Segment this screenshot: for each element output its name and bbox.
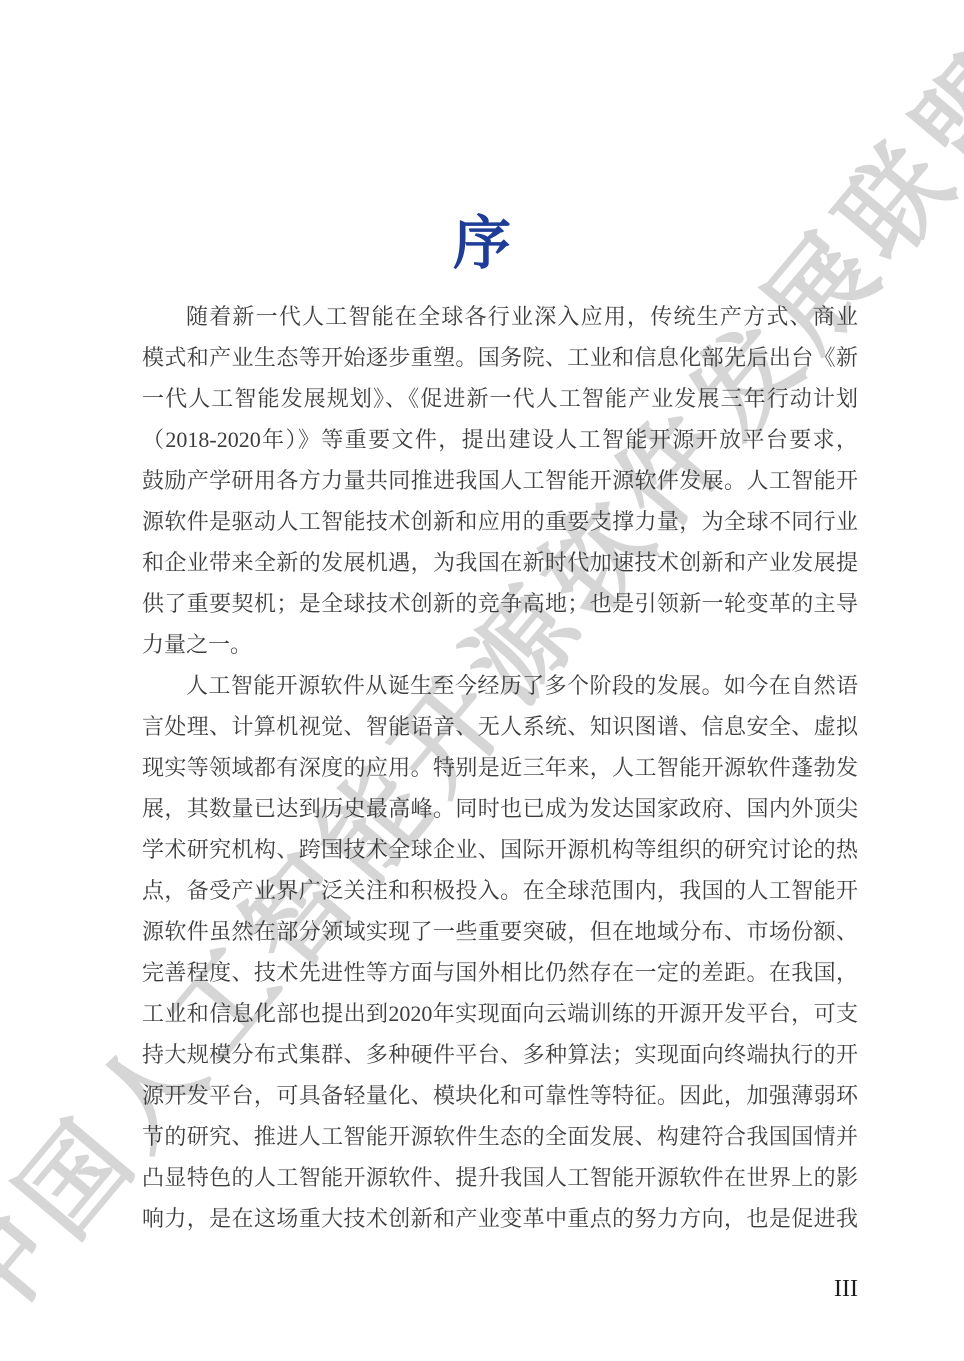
text-line: 响力，是在这场重大技术创新和产业变革中重点的努力方向，也是促进我 [142, 1198, 858, 1239]
text-line: 工业和信息化部也提出到2020年实现面向云端训练的开源开发平台，可支 [142, 993, 858, 1034]
page-number: III [834, 1276, 858, 1303]
text-line: 点，备受产业界广泛关注和积极投入。在全球范围内，我国的人工智能开 [142, 870, 858, 911]
text-line: 人工智能开源软件从诞生至今经历了多个阶段的发展。如今在自然语 [142, 665, 858, 706]
text-line: 展，其数量已达到历史最高峰。同时也已成为发达国家政府、国内外顶尖 [142, 788, 858, 829]
text-line: 凸显特色的人工智能开源软件、提升我国人工智能开源软件在世界上的影 [142, 1157, 858, 1198]
text-line: 一代人工智能发展规划》、《促进新一代人工智能产业发展三年行动计划 [142, 378, 858, 419]
text-line: 学术研究机构、跨国技术全球企业、国际开源机构等组织的研究讨论的热 [142, 829, 858, 870]
text-line: 源开发平台，可具备轻量化、模块化和可靠性等特征。因此，加强薄弱环 [142, 1075, 858, 1116]
text-line: （2018-2020年）》等重要文件，提出建设人工智能开源开放平台要求， [142, 419, 858, 460]
document-page: 中国人工智能开源软件发展联盟 序 随着新一代人工智能在全球各行业深入应用，传统生… [0, 0, 964, 1361]
text-line: 力量之一。 [142, 624, 858, 665]
text-line: 言处理、计算机视觉、智能语音、无人系统、知识图谱、信息安全、虚拟 [142, 706, 858, 747]
text-line: 随着新一代人工智能在全球各行业深入应用，传统生产方式、商业 [142, 296, 858, 337]
text-line: 源软件虽然在部分领域实现了一些重要突破，但在地域分布、市场份额、 [142, 911, 858, 952]
text-line: 节的研究、推进人工智能开源软件生态的全面发展、构建符合我国国情并 [142, 1116, 858, 1157]
text-line: 现实等领域都有深度的应用。特别是近三年来，人工智能开源软件蓬勃发 [142, 747, 858, 788]
text-line: 和企业带来全新的发展机遇，为我国在新时代加速技术创新和产业发展提 [142, 542, 858, 583]
text-line: 模式和产业生态等开始逐步重塑。国务院、工业和信息化部先后出台《新 [142, 337, 858, 378]
text-line: 持大规模分布式集群、多种硬件平台、多种算法；实现面向终端执行的开 [142, 1034, 858, 1075]
text-line: 鼓励产学研用各方力量共同推进我国人工智能开源软件发展。人工智能开 [142, 460, 858, 501]
body-text: 随着新一代人工智能在全球各行业深入应用，传统生产方式、商业模式和产业生态等开始逐… [142, 296, 858, 1239]
text-line: 供了重要契机；是全球技术创新的竞争高地；也是引领新一轮变革的主导 [142, 583, 858, 624]
text-line: 完善程度、技术先进性等方面与国外相比仍然存在一定的差距。在我国， [142, 952, 858, 993]
page-title: 序 [0, 196, 964, 280]
text-line: 源软件是驱动人工智能技术创新和应用的重要支撑力量，为全球不同行业 [142, 501, 858, 542]
